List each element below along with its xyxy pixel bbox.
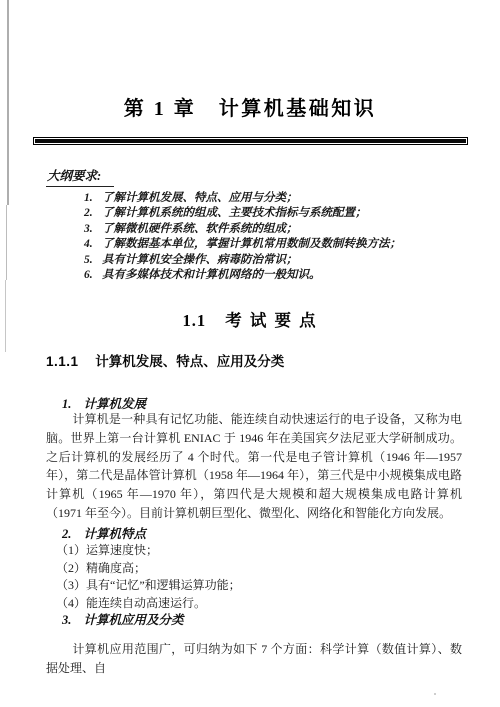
outline-item-text: 了解计算机系统的组成、主要技术指标与系统配置；	[102, 206, 367, 221]
outline-item-text: 了解微机硬件系统、软件系统的组成；	[102, 222, 298, 237]
section-heading: 1.1 考 试 要 点	[0, 307, 500, 331]
feature-item: （1）运算速度快；	[56, 542, 241, 560]
subsection-heading: 1.1.1 计算机发展、特点、应用及分类	[46, 350, 284, 370]
outline-item-number: 4.	[84, 237, 102, 252]
outline-item-number: 6.	[84, 268, 102, 283]
section-number: 1.1	[182, 311, 206, 330]
outline-item: 2. 了解计算机系统的组成、主要技术指标与系统配置；	[84, 206, 474, 221]
block-heading-computer-applications: 3. 计算机应用及分类	[62, 610, 184, 628]
chapter-title: 第 1 章 计算机基础知识	[0, 92, 500, 121]
feature-list: （1）运算速度快； （2）精确度高； （3）具有“记忆”和逻辑运算功能； （4）…	[56, 542, 241, 612]
subsection-number: 1.1.1	[46, 354, 79, 369]
block-heading-number: 1.	[62, 397, 71, 411]
block-heading-number: 3.	[62, 613, 71, 627]
scan-speck	[434, 693, 436, 695]
outline-item: 3. 了解微机硬件系统、软件系统的组成；	[84, 222, 474, 237]
block-heading-text: 计算机应用及分类	[84, 613, 184, 627]
outline-item-text: 了解计算机发展、特点、应用与分类；	[102, 191, 298, 206]
chapter-divider-bar	[33, 137, 468, 145]
subsection-title: 计算机发展、特点、应用及分类	[95, 354, 284, 369]
outline-item-text: 具有多媒体技术和计算机网络的一般知识。	[102, 268, 321, 283]
chapter-divider-fill	[35, 139, 466, 143]
outline-item: 1. 了解计算机发展、特点、应用与分类；	[84, 191, 474, 206]
block-heading-text: 计算机发展	[84, 397, 147, 411]
paragraph-computer-development: 计算机是一种具有记忆功能、能连续自动快速运行的电子设备，又称为电脑。世界上第一台…	[46, 410, 462, 523]
outline-item-number: 2.	[84, 206, 102, 221]
outline-item-text: 具有计算机安全操作、病毒防治常识；	[102, 253, 298, 268]
outline-item: 5. 具有计算机安全操作、病毒防治常识；	[84, 253, 474, 268]
section-title: 考 试 要 点	[225, 311, 317, 330]
outline-item: 4. 了解数据基本单位，掌握计算机常用数制及数制转换方法；	[84, 237, 474, 252]
feature-item: （2）精确度高；	[56, 560, 241, 578]
outline-item-number: 1.	[84, 191, 102, 206]
outline-item: 6. 具有多媒体技术和计算机网络的一般知识。	[84, 268, 474, 283]
outline-list: 1. 了解计算机发展、特点、应用与分类； 2. 了解计算机系统的组成、主要技术指…	[84, 191, 474, 283]
block-heading-computer-features: 2. 计算机特点	[62, 524, 146, 542]
book-page: 第 1 章 计算机基础知识 大纲要求: 1. 了解计算机发展、特点、应用与分类；…	[0, 0, 500, 707]
paragraph-computer-applications: 计算机应用范围广，可归纳为如下 7 个方面：科学计算（数值计算）、数据处理、自	[46, 640, 462, 678]
feature-item: （3）具有“记忆”和逻辑运算功能；	[56, 577, 241, 595]
scan-edge-artifact	[6, 205, 8, 280]
outline-item-number: 5.	[84, 253, 102, 268]
outline-heading: 大纲要求:	[46, 166, 114, 187]
outline-item-text: 了解数据基本单位，掌握计算机常用数制及数制转换方法；	[102, 237, 401, 252]
block-heading-text: 计算机特点	[84, 527, 147, 541]
block-heading-number: 2.	[62, 527, 71, 541]
outline-item-number: 3.	[84, 222, 102, 237]
